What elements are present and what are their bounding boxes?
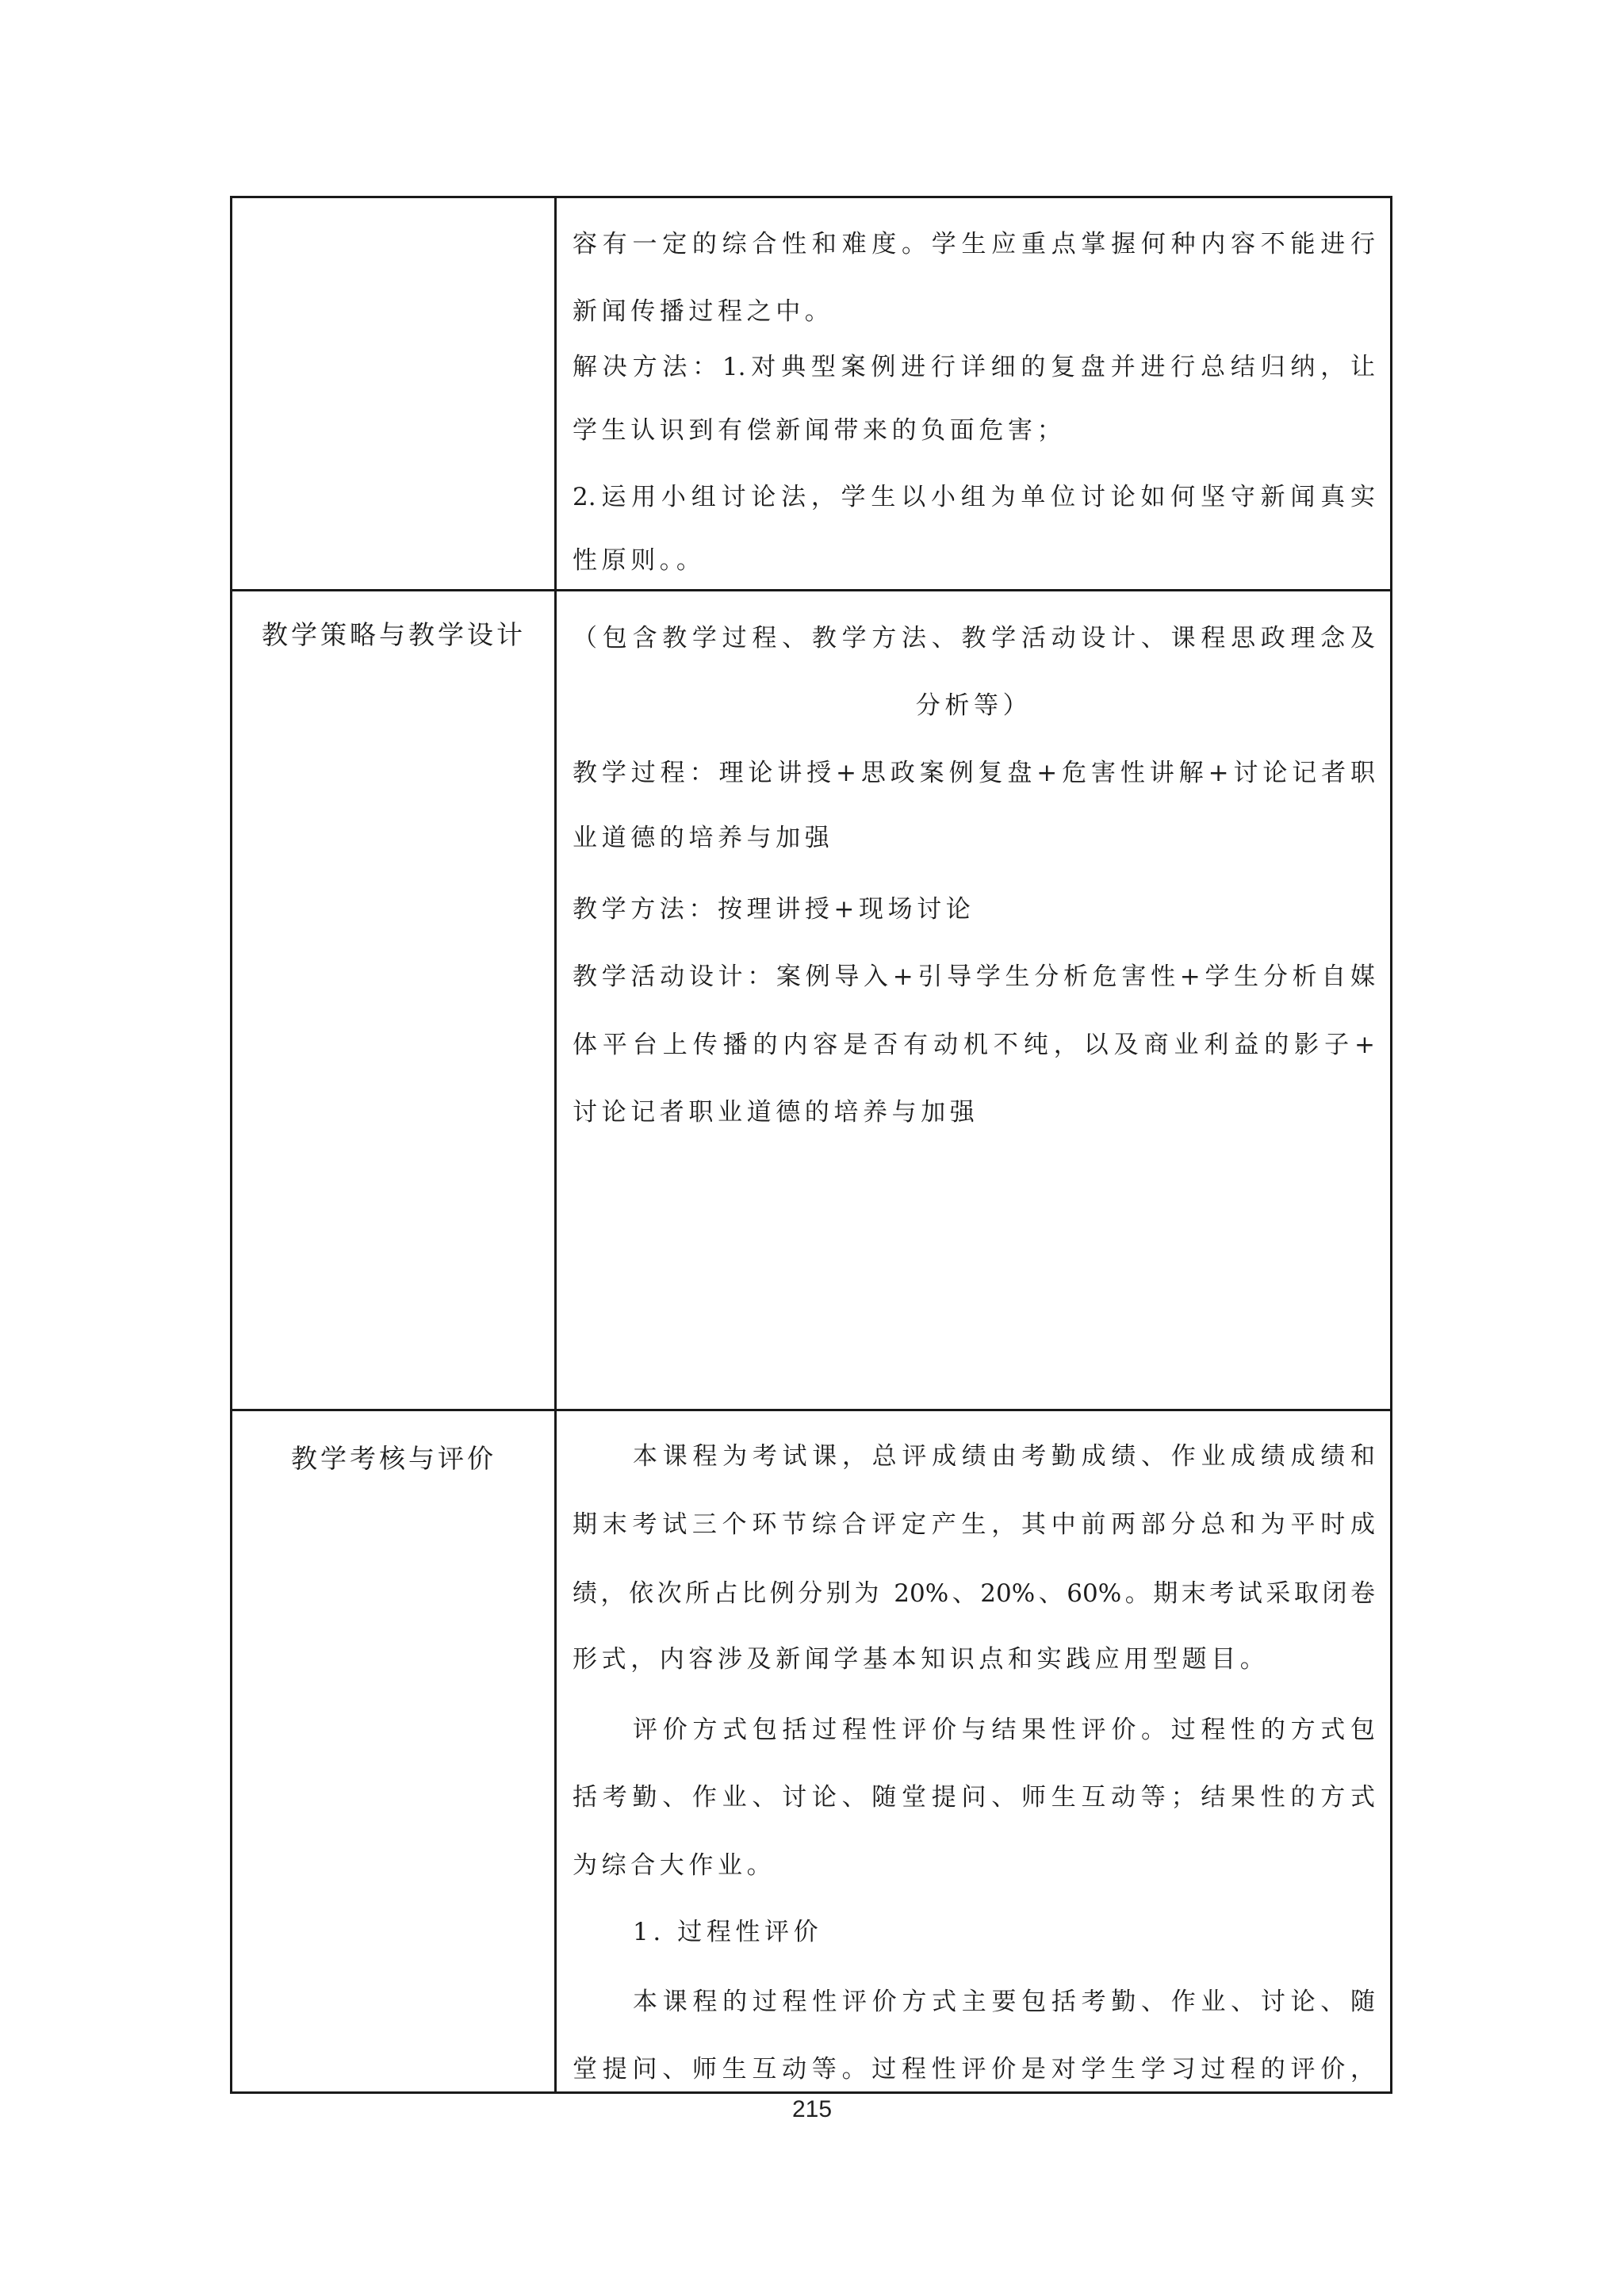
row-2-label: 教学策略与教学设计 xyxy=(232,618,555,652)
row-3-line-4: 形式，内容涉及新闻学基本知识点和实践应用型题目。 xyxy=(573,1642,1375,1677)
row-divider-2 xyxy=(230,1409,1392,1411)
row-3-line-7: 为综合大作业。 xyxy=(573,1848,1375,1883)
row-3-label: 教学考核与评价 xyxy=(232,1441,555,1476)
table-border-right xyxy=(1390,196,1392,2094)
row-2-line-3: 教学过程：理论讲授+思政案例复盘+危害性讲解+讨论记者职 xyxy=(573,756,1375,790)
row-1-label xyxy=(232,227,555,262)
row-1-line-1: 容有一定的综合性和难度。学生应重点掌握何种内容不能进行 xyxy=(573,227,1375,262)
row-2-line-5: 教学方法：按理讲授+现场讨论 xyxy=(573,892,1375,927)
table-border-left xyxy=(230,196,232,2094)
row-divider-1 xyxy=(230,589,1392,591)
row-1-line-2: 新闻传播过程之中。 xyxy=(573,294,1375,329)
table-border-top xyxy=(230,196,1392,198)
row-1-line-6: 性原则。。 xyxy=(573,543,1375,578)
row-2-line-7: 体平台上传播的内容是否有动机不纯，以及商业利益的影子+ xyxy=(573,1027,1375,1062)
row-1-line-4: 学生认识到有偿新闻带来的负面危害； xyxy=(573,413,1375,448)
table-border-bottom xyxy=(230,2091,1392,2094)
row-3-line-5: 评价方式包括过程性评价与结果性评价。过程性的方式包 xyxy=(633,1712,1375,1747)
row-2-line-1: （包含教学过程、教学方法、教学活动设计、课程思政理念及 xyxy=(573,621,1375,656)
row-1-line-3: 解决方法：1.对典型案例进行详细的复盘并进行总结归纳，让 xyxy=(573,350,1375,385)
row-3-line-6: 括考勤、作业、讨论、随堂提问、师生互动等；结果性的方式 xyxy=(573,1780,1375,1815)
row-3-subheading: 1. 过程性评价 xyxy=(633,1915,1375,1950)
row-3-line-1: 本课程为考试课，总评成绩由考勤成绩、作业成绩成绩和 xyxy=(633,1439,1375,1474)
row-1-line-5: 2.运用小组讨论法，学生以小组为单位讨论如何坚守新闻真实 xyxy=(573,480,1375,515)
row-2-line-6: 教学活动设计：案例导入+引导学生分析危害性+学生分析自媒 xyxy=(573,959,1375,994)
row-3-line-10: 堂提问、师生互动等。过程性评价是对学生学习过程的评价， xyxy=(573,2052,1375,2087)
row-2-line-8: 讨论记者职业道德的培养与加强 xyxy=(573,1095,1375,1130)
row-3-line-9: 本课程的过程性评价方式主要包括考勤、作业、讨论、随 xyxy=(633,1984,1375,2019)
row-2-line-2: 分析等） xyxy=(573,688,1375,723)
column-divider xyxy=(554,196,557,2094)
row-3-line-2: 期末考试三个环节综合评定产生，其中前两部分总和为平时成 xyxy=(573,1507,1375,1542)
document-page: 容有一定的综合性和难度。学生应重点掌握何种内容不能进行 新闻传播过程之中。 解决… xyxy=(0,0,1624,2296)
row-2-line-4: 业道德的培养与加强 xyxy=(573,821,1375,855)
page-number: 215 xyxy=(772,2095,852,2124)
row-3-line-3: 绩，依次所占比例分别为 20%、20%、60%。期末考试采取闭卷 xyxy=(573,1576,1375,1611)
